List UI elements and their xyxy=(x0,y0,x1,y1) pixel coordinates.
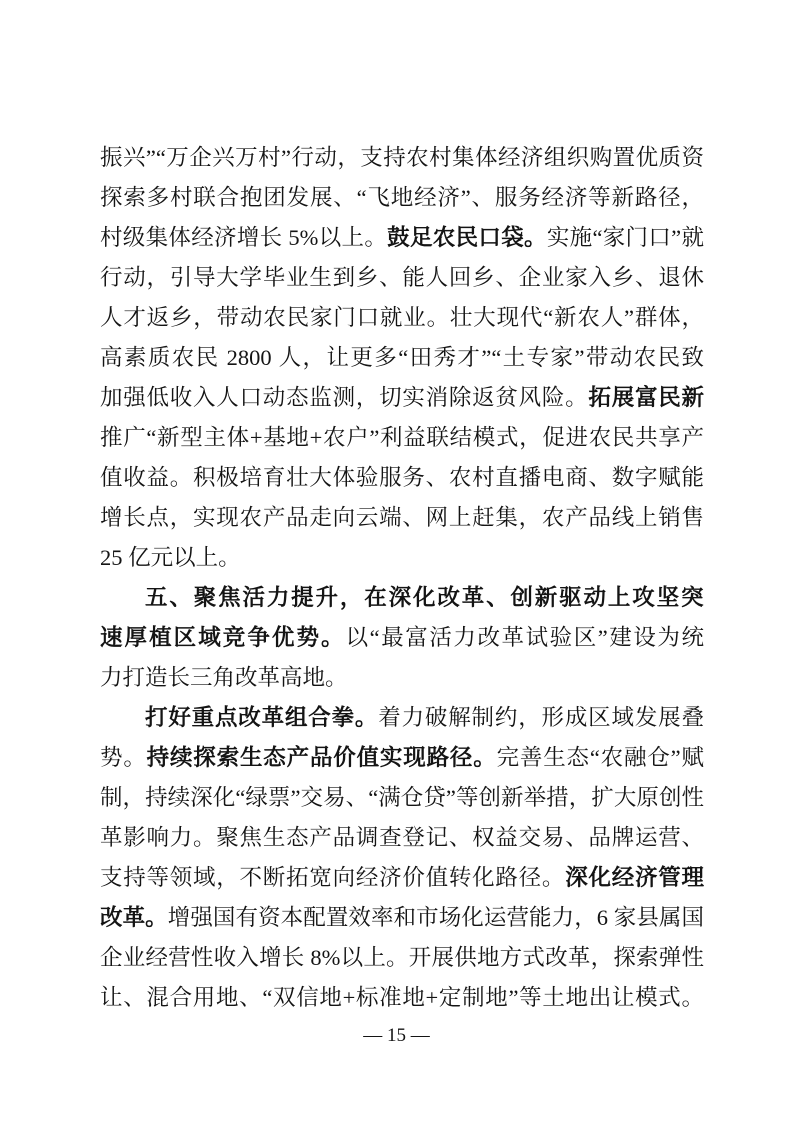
text-segment-normal: 推广“新型主体+基地+农户”利益联结模式，促进农民共享产业增 xyxy=(100,425,704,458)
text-segment-normal: 革影响力。聚焦生态产品调查登记、权益交易、品牌运营、金融 xyxy=(100,825,704,858)
text-line: 25 亿元以上。 xyxy=(100,538,704,578)
text-line: 增长点，实现农产品走向云端、网上赶集，农产品线上销售额达 xyxy=(100,498,704,538)
text-segment-normal: 增强国有资本配置效率和市场化运营能力，6 家县属国有 xyxy=(100,905,704,938)
text-segment-normal: 让、混合用地、“双信地+标准地+定制地”等土地出让模式。完善 xyxy=(100,985,704,1018)
text-segment-bold: 打好重点改革组合拳。 xyxy=(145,705,378,730)
text-line: 让、混合用地、“双信地+标准地+定制地”等土地出让模式。完善 xyxy=(100,978,704,1018)
text-line: 支持等领域，不断拓宽向经济价值转化路径。深化经济管理体制 xyxy=(100,858,704,898)
text-segment-normal: 25 亿元以上。 xyxy=(100,545,241,570)
text-line: 打好重点改革组合拳。着力破解制约，形成区域发展叠加优 xyxy=(100,698,704,738)
document-page: 振兴”“万企兴万村”行动，支持农村集体经济组织购置优质资产，探索多村联合抱团发展… xyxy=(0,0,793,1122)
text-line: 速厚植区域竞争优势。以“最富活力改革试验区”建设为统领，全 xyxy=(100,618,704,658)
text-segment-heading: 五、聚焦活力提升，在深化改革、创新驱动上攻坚突破，加 xyxy=(100,585,704,618)
text-segment-normal: 探索多村联合抱团发展、“飞地经济”、服务经济等新路径，实现 xyxy=(100,185,704,218)
text-line: 加强低收入人口动态监测，切实消除返贫风险。拓展富民新路。 xyxy=(100,378,704,418)
text-segment-bold: 鼓足农民口袋。 xyxy=(387,225,547,250)
text-line: 探索多村联合抱团发展、“飞地经济”、服务经济等新路径，实现 xyxy=(100,178,704,218)
text-segment-heading: 速厚植区域竞争优势。 xyxy=(100,625,346,650)
text-segment-normal: 力打造长三角改革高地。 xyxy=(100,665,348,690)
text-line: 行动，引导大学毕业生到乡、能人回乡、企业家入乡、退休专业 xyxy=(100,258,704,298)
text-line: 制，持续深化“绿票”交易、“满仓贷”等创新举措，扩大原创性改 xyxy=(100,778,704,818)
text-line: 振兴”“万企兴万村”行动，支持农村集体经济组织购置优质资产， xyxy=(100,138,704,178)
text-line: 改革。增强国有资本配置效率和市场化运营能力，6 家县属国有 xyxy=(100,898,704,938)
footer-page-number: — 15 — xyxy=(363,1025,430,1046)
text-segment-normal: 加强低收入人口动态监测，切实消除返贫风险。 xyxy=(100,385,588,410)
text-segment-normal: 支持等领域，不断拓宽向经济价值转化路径。 xyxy=(100,865,565,890)
text-line: 势。持续探索生态产品价值实现路径。完善生态“农融仓”赋能机 xyxy=(100,738,704,778)
text-line: 五、聚焦活力提升，在深化改革、创新驱动上攻坚突破，加 xyxy=(100,578,704,618)
text-line: 高素质农民 2800 人，让更多“田秀才”“土专家”带动农民致富。 xyxy=(100,338,704,378)
text-segment-bold: 改革。 xyxy=(100,905,168,930)
text-line: 人才返乡，带动农民家门口就业。壮大现代“新农人”群体，培训 xyxy=(100,298,704,338)
text-segment-normal: 振兴”“万企兴万村”行动，支持农村集体经济组织购置优质资产， xyxy=(100,145,704,178)
text-segment-normal: 制，持续深化“绿票”交易、“满仓贷”等创新举措，扩大原创性改 xyxy=(100,785,704,818)
text-segment-normal: 行动，引导大学毕业生到乡、能人回乡、企业家入乡、退休专业 xyxy=(100,265,704,298)
text-line: 推广“新型主体+基地+农户”利益联结模式，促进农民共享产业增 xyxy=(100,418,704,458)
text-segment-normal: 高素质农民 2800 人，让更多“田秀才”“土专家”带动农民致富。 xyxy=(100,345,704,378)
text-segment-normal: 势。 xyxy=(100,745,147,770)
text-segment-bold: 持续探索生态产品价值实现路径。 xyxy=(147,745,497,770)
page-footer: — 15 — xyxy=(0,1022,793,1050)
text-line: 革影响力。聚焦生态产品调查登记、权益交易、品牌运营、金融 xyxy=(100,818,704,858)
text-segment-normal: 增长点，实现农产品走向云端、网上赶集，农产品线上销售额达 xyxy=(100,505,704,538)
document-body: 振兴”“万企兴万村”行动，支持农村集体经济组织购置优质资产，探索多村联合抱团发展… xyxy=(100,138,704,1018)
text-segment-normal: 人才返乡，带动农民家门口就业。壮大现代“新农人”群体，培训 xyxy=(100,305,704,338)
text-line: 企业经营性收入增长 8%以上。开展供地方式改革，探索弹性出 xyxy=(100,938,704,978)
text-segment-normal: 值收益。积极培育壮大体验服务、农村直播电商、数字赋能等新 xyxy=(100,465,704,498)
text-segment-normal: 村级集体经济增长 5%以上。 xyxy=(100,225,387,250)
text-line: 值收益。积极培育壮大体验服务、农村直播电商、数字赋能等新 xyxy=(100,458,704,498)
text-segment-normal: 企业经营性收入增长 8%以上。开展供地方式改革，探索弹性出 xyxy=(100,945,704,978)
text-line: 力打造长三角改革高地。 xyxy=(100,658,704,698)
text-line: 村级集体经济增长 5%以上。鼓足农民口袋。实施“家门口”就业 xyxy=(100,218,704,258)
